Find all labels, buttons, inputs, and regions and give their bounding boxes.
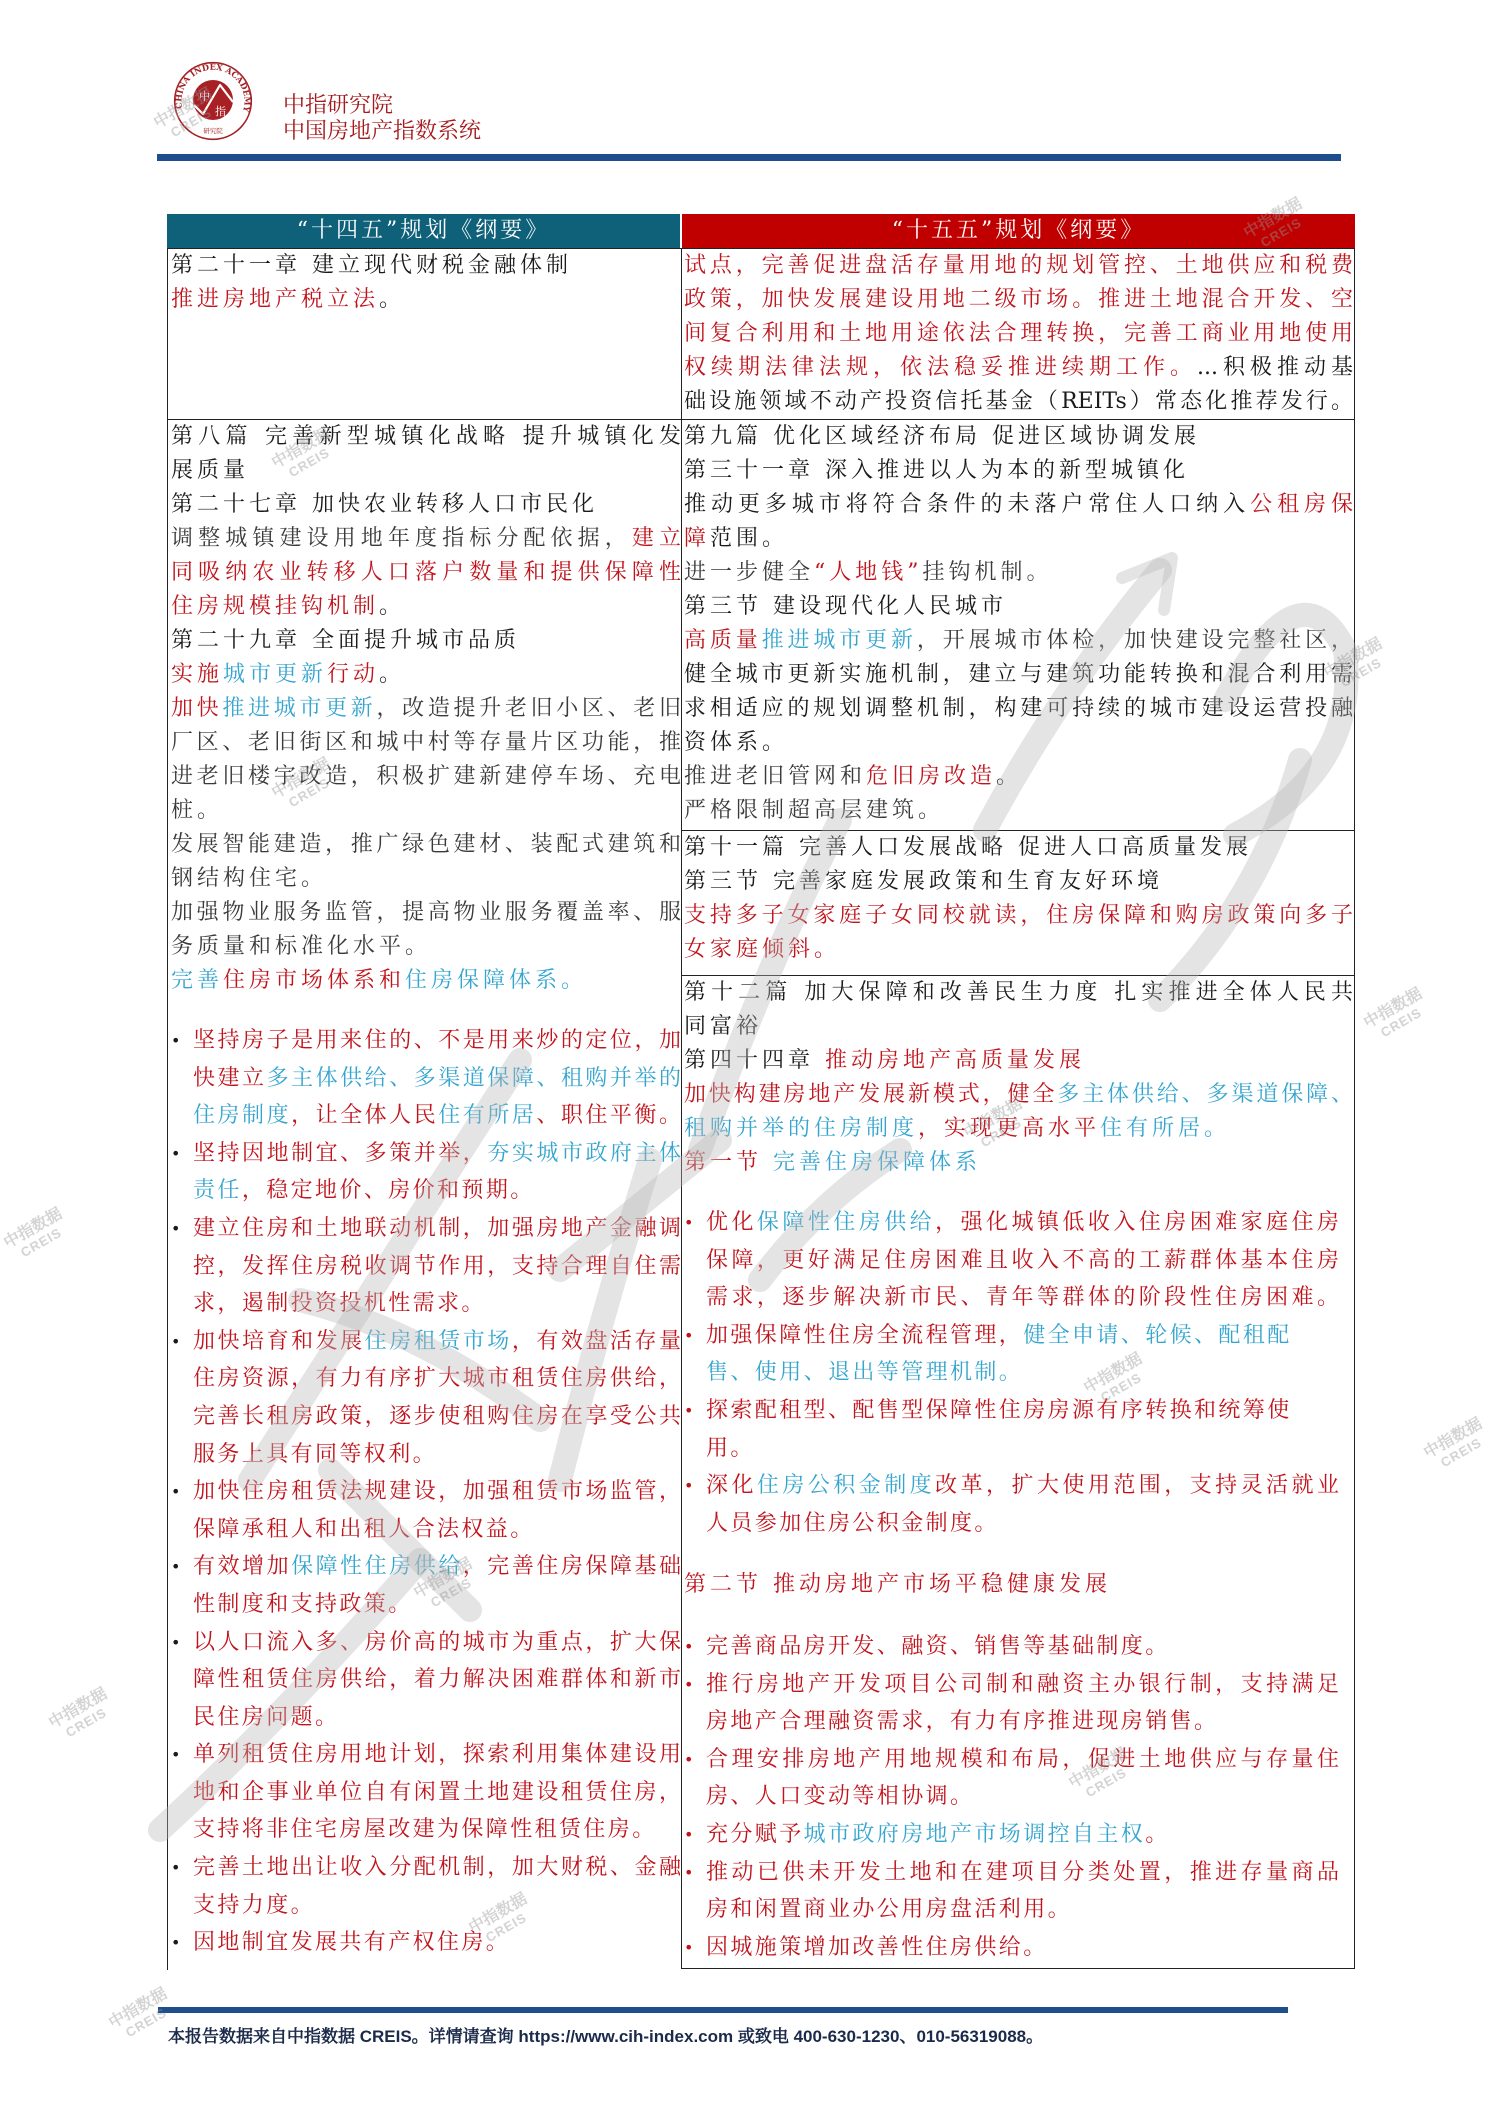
footer-website-link[interactable]: https://www.cih-index.com: [518, 2027, 733, 2046]
text-run: 保障性住房供给: [757, 1210, 935, 1235]
bullet-icon: •: [684, 1816, 693, 1854]
text-line: 加快培育和发展住房租赁市场，有效盘活存量: [193, 1323, 681, 1361]
text-line: 女家庭倾斜。: [684, 933, 1353, 967]
text-run: 住有所居: [438, 1103, 536, 1128]
text-line: 性制度和支持政策。: [193, 1586, 681, 1624]
footer-source-note: 本报告数据来自中指数据 CREIS。详情请查询 https://www.cih-…: [168, 2026, 1043, 2048]
china-index-academy-logo: CHINA INDEX ACADEMY 中 指 研究院: [173, 61, 253, 141]
text-run: 保障性住房供给: [291, 1554, 463, 1579]
bullet-icon: •: [171, 1022, 180, 1060]
watermark-stamp-en: CREIS: [6, 1218, 77, 1267]
text-run: 优化: [706, 1210, 757, 1235]
bullet-item: •充分赋予城市政府房地产市场调控自主权。: [684, 1816, 1353, 1854]
text-run: 资体系。: [684, 730, 788, 755]
text-run: 推行房地产开发项目公司制和融资主办银行制，支持满足: [706, 1672, 1339, 1697]
text-run: 。: [379, 287, 405, 312]
text-run: 住房市场体系和: [223, 968, 405, 993]
text-line: 权续期法律法规，依法稳妥推进续期工作。...积极推动基: [684, 351, 1353, 385]
text-line: 务质量和标准化水平。: [171, 930, 681, 964]
text-line: 第八篇 完善新型城镇化战略 提升城镇化发: [171, 420, 681, 454]
text-line: 加强保障性住房全流程管理，健全申请、轮候、配租配: [706, 1317, 1339, 1355]
text-run: 住房租赁市场: [365, 1329, 512, 1354]
text-run: 建立住房和土地联动机制，加强房地产金融调: [193, 1216, 681, 1241]
text-run: 调整城镇建设用地年度指标分配依据，: [171, 526, 632, 551]
text-run: 求相适应的规划调整机制，构建可持续的城市建设运营投融: [684, 696, 1353, 721]
text-run: 加快住房租赁法规建设，加强租赁市场监管，: [193, 1479, 681, 1504]
text-line: 住房规模挂钩机制。: [171, 590, 681, 624]
text-line: 进一步健全“人地钱”挂钩机制。: [684, 556, 1353, 590]
watermark-stamp: 中指数据CREIS: [1357, 984, 1436, 1047]
org-name: 中指研究院: [283, 92, 393, 118]
text-line: 完善长租房政策，逐步使租购住房在享受公共: [193, 1398, 681, 1436]
text-run: 住房保障体系。: [405, 968, 587, 993]
text-line: 第三节 建设现代化人民城市: [684, 590, 1353, 624]
text-run: ，稳定地价、房价和预期。: [242, 1178, 535, 1203]
text-run: 加强物业服务监管，提高物业服务覆盖率、服: [171, 900, 681, 925]
bullet-icon: •: [684, 1317, 693, 1355]
text-line: 因城施策增加改善性住房供给。: [706, 1929, 1339, 1967]
bullet-icon: •: [684, 1628, 693, 1666]
text-run: ...积极推动基: [1197, 355, 1353, 380]
bullet-icon: •: [171, 1323, 180, 1361]
cell-14th-tax-finance: 第二十一章 建立现代财税金融体制推进房地产税立法。: [167, 248, 682, 420]
paragraph: 第三节 完善家庭发展政策和生育友好环境: [684, 865, 1353, 899]
text-run: 障性租赁住房供给，着力解决困难群体和新市: [193, 1667, 681, 1692]
text-run: 第二十一章 建立现代财税金融体制: [171, 253, 572, 278]
text-line: 深化住房公积金制度改革，扩大使用范围，支持灵活就业: [706, 1467, 1339, 1505]
text-line: 完善土地出让收入分配机制，加大财税、金融: [193, 1849, 681, 1887]
text-line: 第二十七章 加快农业转移人口市民化: [171, 488, 681, 522]
text-run: 同富裕: [684, 1014, 762, 1039]
text-run: 房地产合理融资需求，有力有序推进现房销售。: [706, 1709, 1218, 1734]
text-run: ，实现更高水平: [918, 1116, 1100, 1141]
text-run: 。: [1145, 1822, 1169, 1847]
text-run: 进一步健全: [684, 560, 814, 585]
text-line: 调整城镇建设用地年度指标分配依据，建立: [171, 522, 681, 556]
text-run: 高质量: [684, 628, 762, 653]
paragraph: 第十一篇 完善人口发展战略 促进人口高质量发展: [684, 831, 1353, 865]
text-line: 进老旧楼宇改造，积极扩建新建停车场、充电: [171, 760, 681, 794]
text-line: 因地制宜发展共有产权住房。: [193, 1924, 681, 1962]
text-line: 加快推进城市更新，改造提升老旧小区、老旧: [171, 692, 681, 726]
text-line: 建立住房和土地联动机制，加强房地产金融调: [193, 1210, 681, 1248]
text-run: 桩。: [171, 798, 223, 823]
bullet-item: •建立住房和土地联动机制，加强房地产金融调控，发挥住房税收调节作用，支持合理自住…: [171, 1210, 681, 1323]
text-run: ，完善住房保障基础: [463, 1554, 681, 1579]
text-line: 加快住房租赁法规建设，加强租赁市场监管，: [193, 1473, 681, 1511]
watermark-stamp-en: CREIS: [1366, 998, 1437, 1047]
text-run: 第九篇 优化区域经济布局 促进区域协调发展: [684, 424, 1200, 449]
text-run: ，让全体人民: [291, 1103, 438, 1128]
watermark-stamp: 中指数据CREIS: [1417, 1414, 1488, 1477]
text-line: 推进老旧管网和危旧房改造。: [684, 760, 1353, 794]
text-run: 推动更多城市将符合条件的未落户常住人口纳入: [684, 492, 1250, 517]
bullet-item: •有效增加保障性住房供给，完善住房保障基础性制度和支持政策。: [171, 1548, 681, 1623]
text-run: 坚持因地制宜、多策并举，: [193, 1141, 487, 1166]
paragraph: 加快构建房地产发展新模式，健全多主体供给、多渠道保障、租购并举的住房制度，实现更…: [684, 1078, 1353, 1146]
system-name: 中国房地产指数系统: [283, 118, 481, 144]
text-run: 因城施策增加改善性住房供给。: [706, 1935, 1048, 1960]
text-line: 求，遏制投资投机性需求。: [193, 1285, 681, 1323]
text-line: 完善住房市场体系和住房保障体系。: [171, 964, 681, 998]
footer-contact: 或致电 400-630-1230、010-56319088。: [733, 2027, 1043, 2046]
bullet-item: •推行房地产开发项目公司制和融资主办银行制，支持满足房地产合理融资需求，有力有序…: [684, 1666, 1353, 1741]
paragraph: 支持多子女家庭子女同校就读，住房保障和购房政策向多子女家庭倾斜。: [684, 899, 1353, 967]
text-line: 钢结构住宅。: [171, 862, 681, 896]
bullet-item: •加强保障性住房全流程管理，健全申请、轮候、配租配售、使用、退出等管理机制。: [684, 1317, 1353, 1392]
text-run: 第十二篇 加大保障和改善民生力度 扎实推进全体人民共: [684, 980, 1353, 1005]
text-run: 进老旧楼宇改造，积极扩建新建停车场、充电: [171, 764, 681, 789]
section-spacer: [684, 1604, 1353, 1628]
text-line: 求相适应的规划调整机制，构建可持续的城市建设运营投融: [684, 692, 1353, 726]
bullet-item: •加快培育和发展住房租赁市场，有效盘活存量住房资源，有力有序扩大城市租赁住房供给…: [171, 1323, 681, 1473]
text-run: 完善: [171, 968, 223, 993]
bullet-item: •完善土地出让收入分配机制，加大财税、金融支持力度。: [171, 1849, 681, 1924]
text-run: 推进房地产税立法: [171, 287, 379, 312]
paragraph: 发展智能建造，推广绿色建材、装配式建筑和钢结构住宅。: [171, 828, 681, 896]
watermark-stamp-cn: 中指数据: [42, 1684, 114, 1736]
text-line: 障性租赁住房供给，着力解决困难群体和新市: [193, 1661, 681, 1699]
text-line: 健全城市更新实施机制，建立与建筑功能转换和混合利用需: [684, 658, 1353, 692]
paragraph: 推进老旧管网和危旧房改造。: [684, 760, 1353, 794]
text-line: 第三节 完善家庭发展政策和生育友好环境: [684, 865, 1353, 899]
text-run: 第二节 推动房地产市场平稳健康发展: [684, 1572, 1111, 1597]
text-line: 推动更多城市将符合条件的未落户常住人口纳入公租房保: [684, 488, 1353, 522]
text-run: 推动房地产高质量发展: [825, 1048, 1085, 1073]
section-spacer: [684, 1542, 1353, 1566]
text-line: 同富裕: [684, 1010, 1353, 1044]
text-run: 实施: [171, 662, 223, 687]
text-run: 加快构建房地产发展新模式，健全: [684, 1082, 1057, 1107]
bullet-icon: •: [171, 1135, 180, 1173]
bullet-icon: •: [684, 1467, 693, 1505]
text-run: 挂钩机制。: [923, 560, 1053, 585]
cell-15th-regional-urbanization: 第九篇 优化区域经济布局 促进区域协调发展第三十一章 深入推进以人为本的新型城镇…: [681, 419, 1355, 831]
text-run: 女家庭倾斜。: [684, 937, 840, 962]
text-run: 。: [379, 662, 405, 687]
column-header-14th-plan: “十四五”规划《纲要》: [167, 214, 680, 248]
paragraph: 第九篇 优化区域经济布局 促进区域协调发展: [684, 420, 1353, 454]
paragraph: 严格限制超高层建筑。: [684, 794, 1353, 828]
text-line: 第九篇 优化区域经济布局 促进区域协调发展: [684, 420, 1353, 454]
text-run: 合理安排房地产用地规模和布局，促进土地供应与存量住: [706, 1747, 1339, 1772]
text-run: 。: [1204, 1116, 1230, 1141]
text-run: 加快: [171, 696, 222, 721]
text-run: 完善长租房政策，逐步使租购住房在享受公共: [193, 1404, 681, 1429]
text-run: 房、人口变动等相协调。: [706, 1784, 974, 1809]
bullet-item: •因地制宜发展共有产权住房。: [171, 1924, 681, 1962]
bullet-icon: •: [171, 1473, 180, 1511]
text-line: 有效增加保障性住房供给，完善住房保障基础: [193, 1548, 681, 1586]
paragraph: 第八篇 完善新型城镇化战略 提升城镇化发展质量: [171, 420, 681, 488]
text-run: 第一节: [684, 1150, 773, 1175]
bullet-item: •合理安排房地产用地规模和布局，促进土地供应与存量住房、人口变动等相协调。: [684, 1741, 1353, 1816]
text-run: ，开展城市体检，加快建设完整社区，: [917, 628, 1353, 653]
bullet-icon: •: [171, 1924, 180, 1962]
text-run: 支持将非住宅房屋改建为保障性租赁住房。: [193, 1817, 657, 1842]
text-run: 人员参加住房公积金制度。: [706, 1511, 999, 1536]
text-run: 服务上具有同等权利。: [193, 1442, 437, 1467]
cell-15th-land-reits: 试点，完善促进盘活存量用地的规划管控、土地供应和税费政策，加快发展建设用地二级市…: [681, 248, 1355, 420]
text-line: 第二十一章 建立现代财税金融体制: [171, 249, 681, 283]
text-run: 推进老旧管网和: [684, 764, 866, 789]
text-line: 服务上具有同等权利。: [193, 1436, 681, 1474]
text-run: 住有所居: [1100, 1116, 1204, 1141]
bullet-icon: •: [171, 1210, 180, 1248]
paragraph: 加快推进城市更新，改造提升老旧小区、老旧厂区、老旧街区和城中村等存量片区功能，推…: [171, 692, 681, 828]
text-run: 住房制度: [193, 1103, 291, 1128]
text-line: 加强物业服务监管，提高物业服务覆盖率、服: [171, 896, 681, 930]
text-run: 坚持房子是用来住的、不是用来炒的定位，加: [193, 1028, 681, 1053]
text-line: 完善商品房开发、融资、销售等基础制度。: [706, 1628, 1339, 1666]
text-run: 完善商品房开发、融资、销售等基础制度。: [706, 1634, 1170, 1659]
paragraph: 完善住房市场体系和住房保障体系。: [171, 964, 681, 998]
text-run: 控，发挥住房税收调节作用，支持合理自住需: [193, 1254, 681, 1279]
logo-bottom-text: 研究院: [203, 126, 223, 135]
paragraph: 实施城市更新行动。: [171, 658, 681, 692]
text-line: 推动已供未开发土地和在建项目分类处置，推进存量商品: [706, 1854, 1339, 1892]
watermark-stamp-en: CREIS: [1426, 1428, 1488, 1477]
text-line: 厂区、老旧街区和城中村等存量片区功能，推: [171, 726, 681, 760]
text-run: 间复合利用和土地用途依法合理转换，完善工商业用地使用: [684, 321, 1353, 346]
text-line: 坚持因地制宜、多策并举，夯实城市政府主体: [193, 1135, 681, 1173]
text-run: 第二十七章 加快农业转移人口市民化: [171, 492, 598, 517]
text-run: 同吸纳农业转移人口落户数量和提供保障性: [171, 560, 681, 585]
paragraph: 调整城镇建设用地年度指标分配依据，建立同吸纳农业转移人口落户数量和提供保障性住房…: [171, 522, 681, 624]
text-line: 保障承租人和出租人合法权益。: [193, 1511, 681, 1549]
paragraph: 加强物业服务监管，提高物业服务覆盖率、服务质量和标准化水平。: [171, 896, 681, 964]
text-line: 间复合利用和土地用途依法合理转换，完善工商业用地使用: [684, 317, 1353, 351]
text-line: 支持力度。: [193, 1887, 681, 1925]
bullet-icon: •: [684, 1204, 693, 1242]
watermark-stamp: 中指数据CREIS: [42, 1684, 121, 1747]
text-run: 健全申请、轮候、配租配: [1023, 1323, 1291, 1348]
text-line: 责任，稳定地价、房价和预期。: [193, 1172, 681, 1210]
text-run: 务质量和标准化水平。: [171, 934, 431, 959]
bullet-icon: •: [171, 1624, 180, 1662]
footer-divider-bar: [158, 2007, 1288, 2013]
paragraph: 第一节 完善住房保障体系: [684, 1146, 1353, 1180]
text-run: 公租房保: [1250, 492, 1353, 517]
text-run: 第四十四章: [684, 1048, 825, 1073]
footer-prefix: 本报告数据来自中指数据 CREIS。详情请查询: [168, 2027, 518, 2046]
paragraph: 第二十一章 建立现代财税金融体制: [171, 249, 681, 283]
cell-15th-population: 第十一篇 完善人口发展战略 促进人口高质量发展第三节 完善家庭发展政策和生育友好…: [681, 830, 1355, 976]
text-run: 第八篇 完善新型城镇化战略 提升城镇化发: [171, 424, 681, 449]
text-line: 房、人口变动等相协调。: [706, 1778, 1339, 1816]
text-run: 充分赋予: [706, 1822, 804, 1847]
cell-14th-urbanization-housing: 第八篇 完善新型城镇化战略 提升城镇化发展质量第二十七章 加快农业转移人口市民化…: [167, 419, 682, 1970]
bullet-icon: •: [171, 1548, 180, 1586]
text-run: 推进城市更新: [762, 628, 917, 653]
text-line: 资体系。: [684, 726, 1353, 760]
text-line: 用。: [706, 1430, 1339, 1468]
text-run: 民住房问题。: [193, 1705, 339, 1730]
text-line: 地和企事业单位自有闲置土地建设租赁住房，: [193, 1774, 681, 1812]
text-run: 建立: [632, 526, 681, 551]
text-run: 多主体供给、多渠道保障、租购并举的: [267, 1066, 681, 1091]
text-run: 需求，逐步解决新市民、青年等群体的阶段性住房困难。: [706, 1285, 1339, 1310]
text-run: 健全城市更新实施机制，建立与建筑功能转换和混合利用需: [684, 662, 1353, 687]
paragraph: 第三十一章 深入推进以人为本的新型城镇化: [684, 454, 1353, 488]
text-run: 础设施领域不动产投资信托基金（REITs）常态化推荐发行。: [684, 389, 1353, 414]
text-line: 人员参加住房公积金制度。: [706, 1505, 1339, 1543]
text-run: 责任: [193, 1178, 242, 1203]
text-line: 售、使用、退出等管理机制。: [706, 1354, 1339, 1392]
text-line: 同吸纳农业转移人口落户数量和提供保障性: [171, 556, 681, 590]
text-run: 钢结构住宅。: [171, 866, 327, 891]
bullet-item: •坚持因地制宜、多策并举，夯实城市政府主体责任，稳定地价、房价和预期。: [171, 1135, 681, 1210]
text-run: 性制度和支持政策。: [193, 1592, 413, 1617]
watermark-stamp-cn: 中指数据: [1417, 1414, 1488, 1466]
paragraph: 第四十四章 推动房地产高质量发展: [684, 1044, 1353, 1078]
text-line: 租购并举的住房制度，实现更高水平住有所居。: [684, 1112, 1353, 1146]
text-line: 住房制度，让全体人民住有所居、职住平衡。: [193, 1097, 681, 1135]
bullet-item: •推动已供未开发土地和在建项目分类处置，推进存量商品房和闲置商业办公用房盘活利用…: [684, 1854, 1353, 1929]
text-run: 发展智能建造，推广绿色建材、装配式建筑和: [171, 832, 681, 857]
column-header-15th-plan: “十五五”规划《纲要》: [682, 214, 1355, 248]
text-run: 行动: [327, 662, 379, 687]
text-line: 第三十一章 深入推进以人为本的新型城镇化: [684, 454, 1353, 488]
text-run: 严格限制超高层建筑。: [684, 798, 944, 823]
paragraph: 推动更多城市将符合条件的未落户常住人口纳入公租房保障范围。: [684, 488, 1353, 556]
text-line: 以人口流入多、房价高的城市为重点，扩大保: [193, 1624, 681, 1662]
bullet-item: •单列租赁住房用地计划，探索利用集体建设用地和企事业单位自有闲置土地建设租赁住房…: [171, 1736, 681, 1849]
text-run: 住房公积金制度: [757, 1473, 935, 1498]
text-line: 第十二篇 加大保障和改善民生力度 扎实推进全体人民共: [684, 976, 1353, 1010]
text-line: 充分赋予城市政府房地产市场调控自主权。: [706, 1816, 1339, 1854]
text-run: 范围。: [710, 526, 788, 551]
section-heading: 第二节 推动房地产市场平稳健康发展: [684, 1566, 1353, 1604]
cell-15th-livelihood-housing: 第十二篇 加大保障和改善民生力度 扎实推进全体人民共同富裕第四十四章 推动房地产…: [681, 975, 1355, 1969]
text-line: 房和闲置商业办公用房盘活利用。: [706, 1891, 1339, 1929]
text-run: 权续期法律法规，依法稳妥推进续期工作。: [684, 355, 1197, 380]
watermark-stamp-cn: 中指数据: [0, 1204, 70, 1256]
paragraph: 高质量推进城市更新，开展城市体检，加快建设完整社区，健全城市更新实施机制，建立与…: [684, 624, 1353, 760]
text-line: 民住房问题。: [193, 1699, 681, 1737]
text-line: 住房资源，有力有序扩大城市租赁住房供给，: [193, 1360, 681, 1398]
paragraph: 第二十九章 全面提升城市品质: [171, 624, 681, 658]
section-spacer: [684, 1180, 1353, 1204]
text-line: 第二十九章 全面提升城市品质: [171, 624, 681, 658]
text-run: 危旧房改造: [866, 764, 996, 789]
bullet-item: •坚持房子是用来住的、不是用来炒的定位，加快建立多主体供给、多渠道保障、租购并举…: [171, 1022, 681, 1135]
text-run: 推进城市更新: [222, 696, 376, 721]
logo-char-bottom: 指: [215, 104, 226, 118]
text-line: 支持将非住宅房屋改建为保障性租赁住房。: [193, 1811, 681, 1849]
text-run: 用。: [706, 1436, 755, 1461]
text-run: 租购并举的住房制度: [684, 1116, 918, 1141]
text-line: 严格限制超高层建筑。: [684, 794, 1353, 828]
watermark-stamp-cn: 中指数据: [1357, 984, 1429, 1036]
text-run: 房和闲置商业办公用房盘活利用。: [706, 1897, 1072, 1922]
text-line: 控，发挥住房税收调节作用，支持合理自住需: [193, 1248, 681, 1286]
text-run: 支持多子女家庭子女同校就读，住房保障和购房政策向多子: [684, 903, 1353, 928]
text-run: 厂区、老旧街区和城中村等存量片区功能，推: [171, 730, 681, 755]
paragraph: 第二十七章 加快农业转移人口市民化: [171, 488, 681, 522]
text-line: 需求，逐步解决新市民、青年等群体的阶段性住房困难。: [706, 1279, 1339, 1317]
bullet-icon: •: [684, 1392, 693, 1430]
text-run: 快建立: [193, 1066, 267, 1091]
text-run: 有效增加: [193, 1554, 291, 1579]
text-run: 保障承租人和出租人合法权益。: [193, 1517, 535, 1542]
text-run: 加快培育和发展: [193, 1329, 365, 1354]
bullet-item: •因城施策增加改善性住房供给。: [684, 1929, 1353, 1967]
text-line: 展质量: [171, 454, 681, 488]
text-run: 多主体供给、多渠道保障、: [1057, 1082, 1353, 1107]
text-run: ，有效盘活存量: [512, 1329, 681, 1354]
text-line: 保障，更好满足住房困难且收入不高的工薪群体基本住房: [706, 1242, 1339, 1280]
text-run: 。: [996, 764, 1022, 789]
text-line: 加快构建房地产发展新模式，健全多主体供给、多渠道保障、: [684, 1078, 1353, 1112]
bullet-item: •以人口流入多、房价高的城市为重点，扩大保障性租赁住房供给，着力解决困难群体和新…: [171, 1624, 681, 1737]
text-run: 求，遏制投资投机性需求。: [193, 1291, 486, 1316]
text-line: 础设施领域不动产投资信托基金（REITs）常态化推荐发行。: [684, 385, 1353, 419]
text-run: 探索配租型、配售型保障性住房房源有序转换和统筹使: [706, 1398, 1292, 1423]
bullet-item: •完善商品房开发、融资、销售等基础制度。: [684, 1628, 1353, 1666]
text-run: 第十一篇 完善人口发展战略 促进人口高质量发展: [684, 835, 1252, 860]
text-line: 发展智能建造，推广绿色建材、装配式建筑和: [171, 828, 681, 862]
text-line: 优化保障性住房供给，强化城镇低收入住房困难家庭住房: [706, 1204, 1339, 1242]
text-run: 改革，扩大使用范围，支持灵活就业: [935, 1473, 1339, 1498]
section-spacer: [171, 998, 681, 1022]
paragraph: 进一步健全“人地钱”挂钩机制。: [684, 556, 1353, 590]
text-run: 城市更新: [223, 662, 327, 687]
text-line: 单列租赁住房用地计划，探索利用集体建设用: [193, 1736, 681, 1774]
text-run: ，强化城镇低收入住房困难家庭住房: [935, 1210, 1339, 1235]
text-line: 第十一篇 完善人口发展战略 促进人口高质量发展: [684, 831, 1353, 865]
text-run: 第三节 完善家庭发展政策和生育友好环境: [684, 869, 1163, 894]
text-run: 第二十九章 全面提升城市品质: [171, 628, 520, 653]
logo-char-top: 中: [199, 89, 210, 103]
bullet-item: •深化住房公积金制度改革，扩大使用范围，支持灵活就业人员参加住房公积金制度。: [684, 1467, 1353, 1542]
text-run: 住房资源，有力有序扩大城市租赁住房供给，: [193, 1366, 681, 1391]
text-run: 。: [379, 594, 405, 619]
text-line: 第二节 推动房地产市场平稳健康发展: [684, 1566, 1353, 1604]
text-line: 障范围。: [684, 522, 1353, 556]
text-line: 桩。: [171, 794, 681, 828]
text-line: 推行房地产开发项目公司制和融资主办银行制，支持满足: [706, 1666, 1339, 1704]
bullet-icon: •: [171, 1736, 180, 1774]
text-line: 房地产合理融资需求，有力有序推进现房销售。: [706, 1703, 1339, 1741]
text-line: 快建立多主体供给、多渠道保障、租购并举的: [193, 1060, 681, 1098]
text-run: 展质量: [171, 458, 249, 483]
text-line: 支持多子女家庭子女同校就读，住房保障和购房政策向多子: [684, 899, 1353, 933]
text-run: 试点，完善促进盘活存量用地的规划管控、土地供应和税费: [684, 253, 1353, 278]
paragraph: 第十二篇 加大保障和改善民生力度 扎实推进全体人民共同富裕: [684, 976, 1353, 1044]
text-run: 政策，加快发展建设用地二级市场。推进土地混合开发、空: [684, 287, 1353, 312]
text-line: 推进房地产税立法。: [171, 283, 681, 317]
text-run: 深化: [706, 1473, 757, 1498]
text-line: 第一节 完善住房保障体系: [684, 1146, 1353, 1180]
bullet-icon: •: [684, 1666, 693, 1704]
paragraph: 试点，完善促进盘活存量用地的规划管控、土地供应和税费政策，加快发展建设用地二级市…: [684, 249, 1353, 419]
text-run: 障: [684, 526, 710, 551]
text-run: 完善住房保障体系: [773, 1150, 981, 1175]
text-run: 夯实城市政府主体: [487, 1141, 681, 1166]
bullet-icon: •: [684, 1929, 693, 1967]
text-run: 、职住平衡。: [536, 1103, 681, 1128]
text-line: 坚持房子是用来住的、不是用来炒的定位，加: [193, 1022, 681, 1060]
text-run: 单列租赁住房用地计划，探索利用集体建设用: [193, 1742, 681, 1767]
text-run: 因地制宜发展共有产权住房。: [193, 1930, 510, 1955]
text-run: 第三节 建设现代化人民城市: [684, 594, 1007, 619]
text-line: 探索配租型、配售型保障性住房房源有序转换和统筹使: [706, 1392, 1339, 1430]
header-divider-bar: [157, 154, 1341, 161]
text-line: 第四十四章 推动房地产高质量发展: [684, 1044, 1353, 1078]
bullet-item: •优化保障性住房供给，强化城镇低收入住房困难家庭住房保障，更好满足住房困难且收入…: [684, 1204, 1353, 1317]
text-run: 加强保障性住房全流程管理，: [706, 1323, 1023, 1348]
